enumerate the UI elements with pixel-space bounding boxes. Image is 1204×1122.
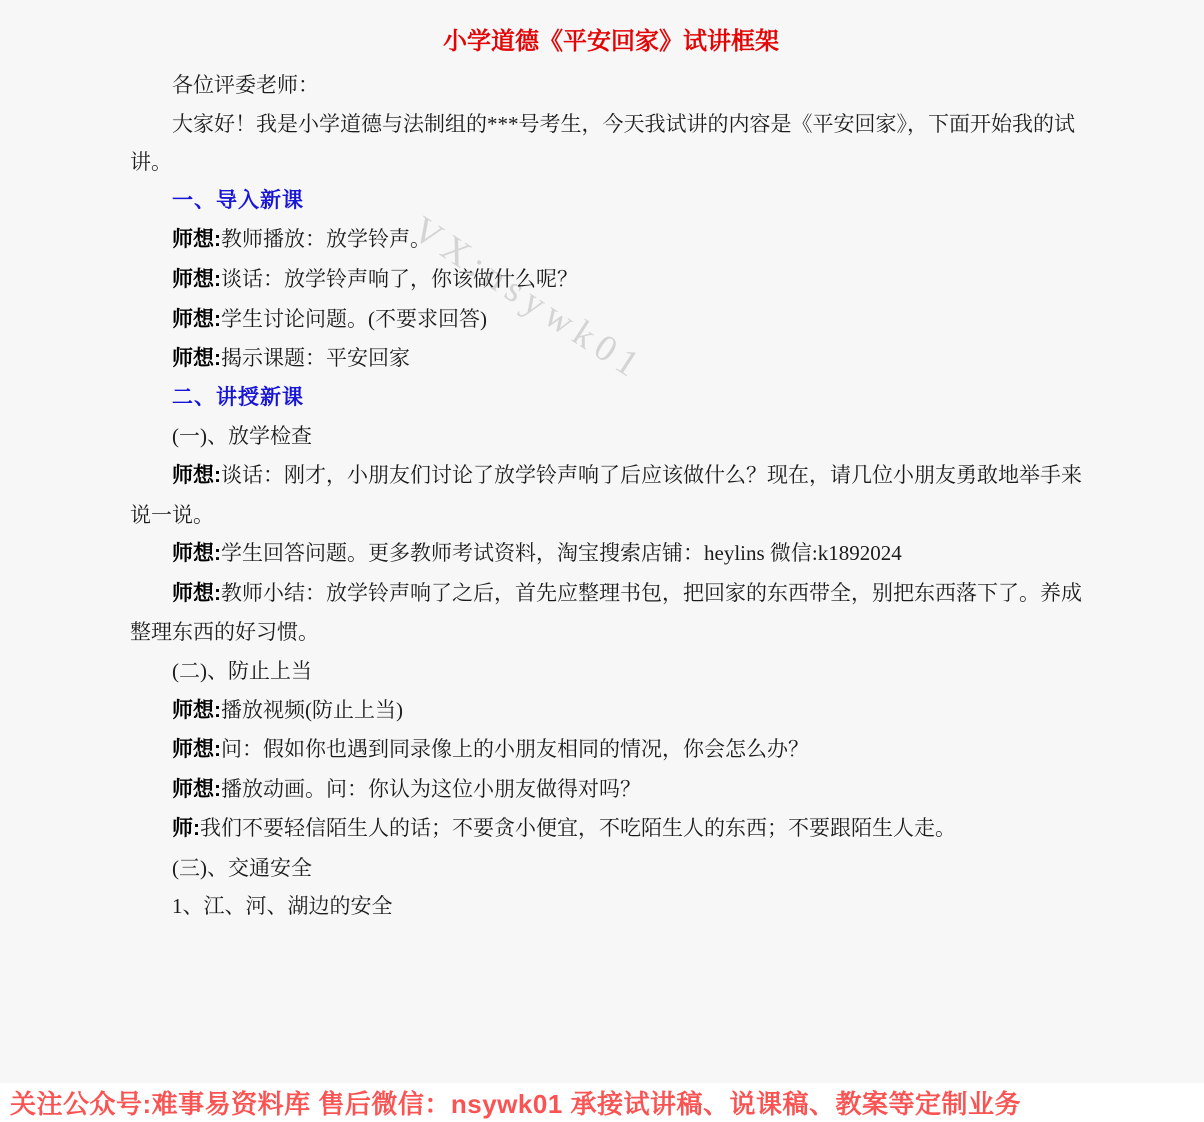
paragraph: 师想:教师小结：放学铃声响了之后，首先应整理书包，把回家的东西带全，别把东西落下…: [130, 574, 1092, 652]
paragraph: 师:我们不要轻信陌生人的话；不要贪小便宜，不吃陌生人的东西；不要跟陌生人走。: [130, 809, 1092, 849]
paragraph-text: 学生回答问题。更多教师考试资料，淘宝搜索店铺：heylins 微信:k18920…: [221, 541, 902, 565]
promo-banner: 关注公众号:难事易资料库 售后微信：nsywk01 承接试讲稿、说课稿、教案等定…: [0, 1083, 1204, 1122]
speaker-label: 师想:: [172, 228, 221, 251]
paragraph-greeting: 各位评委老师：: [130, 66, 1092, 105]
paragraph-text: 学生讨论问题。(不要求回答): [221, 307, 487, 331]
section-heading-1: 一、导入新课: [130, 182, 1092, 221]
paragraph: 师想:谈话：放学铃声响了，你该做什么呢？: [130, 260, 1092, 300]
paragraph-text: 播放动画。问：你认为这位小朋友做得对吗？: [221, 777, 641, 801]
subsection-heading: (三)、交通安全: [130, 849, 1092, 888]
document-page: 小学道德《平安回家》试讲框架 各位评委老师： 大家好！我是小学道德与法制组的**…: [130, 24, 1092, 926]
section-heading-2: 二、讲授新课: [130, 379, 1092, 418]
speaker-label: 师想:: [172, 778, 221, 801]
paragraph: 师想:教师播放：放学铃声。: [130, 220, 1092, 260]
document-title: 小学道德《平安回家》试讲框架: [130, 24, 1092, 60]
subsection-heading: (二)、防止上当: [130, 652, 1092, 691]
speaker-label: 师想:: [172, 738, 221, 761]
paragraph-intro: 大家好！我是小学道德与法制组的***号考生，今天我试讲的内容是《平安回家》，下面…: [130, 105, 1092, 182]
speaker-label: 师想:: [172, 542, 221, 565]
speaker-label: 师:: [172, 817, 200, 840]
list-item: 1、江、河、湖边的安全: [130, 887, 1092, 926]
speaker-label: 师想:: [172, 699, 221, 722]
subsection-heading: (一)、放学检查: [130, 417, 1092, 456]
speaker-label: 师想:: [172, 464, 221, 487]
paragraph-text: 教师播放：放学铃声。: [221, 227, 431, 251]
speaker-label: 师想:: [172, 582, 221, 605]
speaker-label: 师想:: [172, 308, 221, 331]
paragraph: 师想:播放动画。问：你认为这位小朋友做得对吗？: [130, 770, 1092, 810]
paragraph-text: 谈话：刚才，小朋友们讨论了放学铃声响了后应该做什么？现在，请几位小朋友勇敢地举手…: [130, 463, 1082, 527]
paragraph: 师想:学生讨论问题。(不要求回答): [130, 300, 1092, 340]
paragraph: 师想:播放视频(防止上当): [130, 691, 1092, 731]
paragraph-text: 揭示课题：平安回家: [221, 346, 410, 370]
paragraph: 师想:谈话：刚才，小朋友们讨论了放学铃声响了后应该做什么？现在，请几位小朋友勇敢…: [130, 456, 1092, 534]
speaker-label: 师想:: [172, 347, 221, 370]
paragraph: 师想:问：假如你也遇到同录像上的小朋友相同的情况，你会怎么办？: [130, 730, 1092, 770]
paragraph: 师想:学生回答问题。更多教师考试资料，淘宝搜索店铺：heylins 微信:k18…: [130, 534, 1092, 574]
speaker-label: 师想:: [172, 268, 221, 291]
paragraph: 师想:揭示课题：平安回家: [130, 339, 1092, 379]
paragraph-text: 我们不要轻信陌生人的话；不要贪小便宜，不吃陌生人的东西；不要跟陌生人走。: [200, 816, 956, 840]
paragraph-text: 教师小结：放学铃声响了之后，首先应整理书包，把回家的东西带全，别把东西落下了。养…: [130, 581, 1082, 645]
promo-banner-text: 关注公众号:难事易资料库 售后微信：nsywk01 承接试讲稿、说课稿、教案等定…: [10, 1084, 1021, 1121]
paragraph-text: 问：假如你也遇到同录像上的小朋友相同的情况，你会怎么办？: [221, 737, 809, 761]
paragraph-text: 谈话：放学铃声响了，你该做什么呢？: [221, 267, 578, 291]
paragraph-text: 播放视频(防止上当): [221, 698, 403, 722]
